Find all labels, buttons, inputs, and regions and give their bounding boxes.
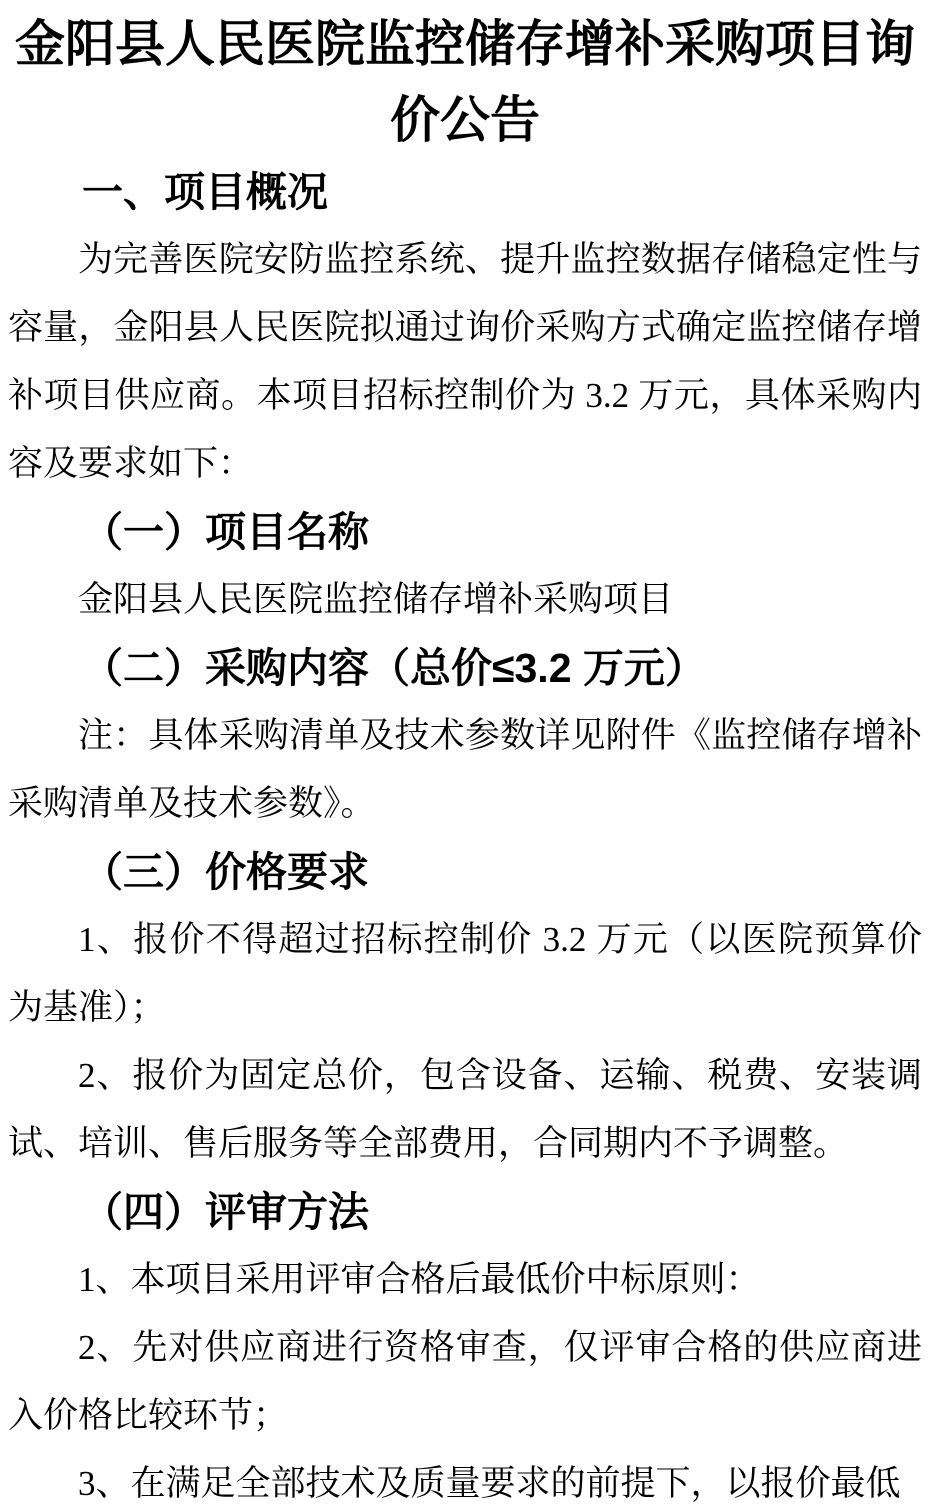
paragraph-project-name: 金阳县人民医院监控储存增补采购项目 xyxy=(8,566,922,634)
paragraph-review-rule-3: 3、在满足全部技术及质量要求的前提下，以报价最低 xyxy=(8,1450,922,1512)
sub-heading-project-name: （一）项目名称 xyxy=(8,498,922,566)
paragraph-review-rule-2: 2、先对供应商进行资格审查，仅评审合格的供应商进入价格比较环节； xyxy=(8,1314,922,1450)
paragraph-price-rule-2: 2、报价为固定总价，包含设备、运输、税费、安装调试、培训、售后服务等全部费用，合… xyxy=(8,1042,922,1178)
sub-heading-price-requirements: （三）价格要求 xyxy=(8,838,922,906)
paragraph-price-rule-1: 1、报价不得超过招标控制价 3.2 万元（以医院预算价为基准）； xyxy=(8,906,922,1042)
section-heading-project-overview: 一、项目概况 xyxy=(8,158,922,226)
paragraph-review-rule-1: 1、本项目采用评审合格后最低价中标原则： xyxy=(8,1246,922,1314)
sub-heading-review-method: （四）评审方法 xyxy=(8,1178,922,1246)
sub-heading-procurement-content: （二）采购内容（总价≤3.2 万元） xyxy=(8,634,922,702)
paragraph-overview: 为完善医院安防监控系统、提升监控数据存储稳定性与容量，金阳县人民医院拟通过询价采… xyxy=(8,226,922,498)
document-page: 金阳县人民医院监控储存增补采购项目询价公告 一、项目概况 为完善医院安防监控系统… xyxy=(0,0,930,1512)
document-content: 金阳县人民医院监控储存增补采购项目询价公告 一、项目概况 为完善医院安防监控系统… xyxy=(0,0,930,1512)
paragraph-attachment-note: 注：具体采购清单及技术参数详见附件《监控储存增补采购清单及技术参数》。 xyxy=(8,702,922,838)
document-title: 金阳县人民医院监控储存增补采购项目询价公告 xyxy=(14,6,916,158)
